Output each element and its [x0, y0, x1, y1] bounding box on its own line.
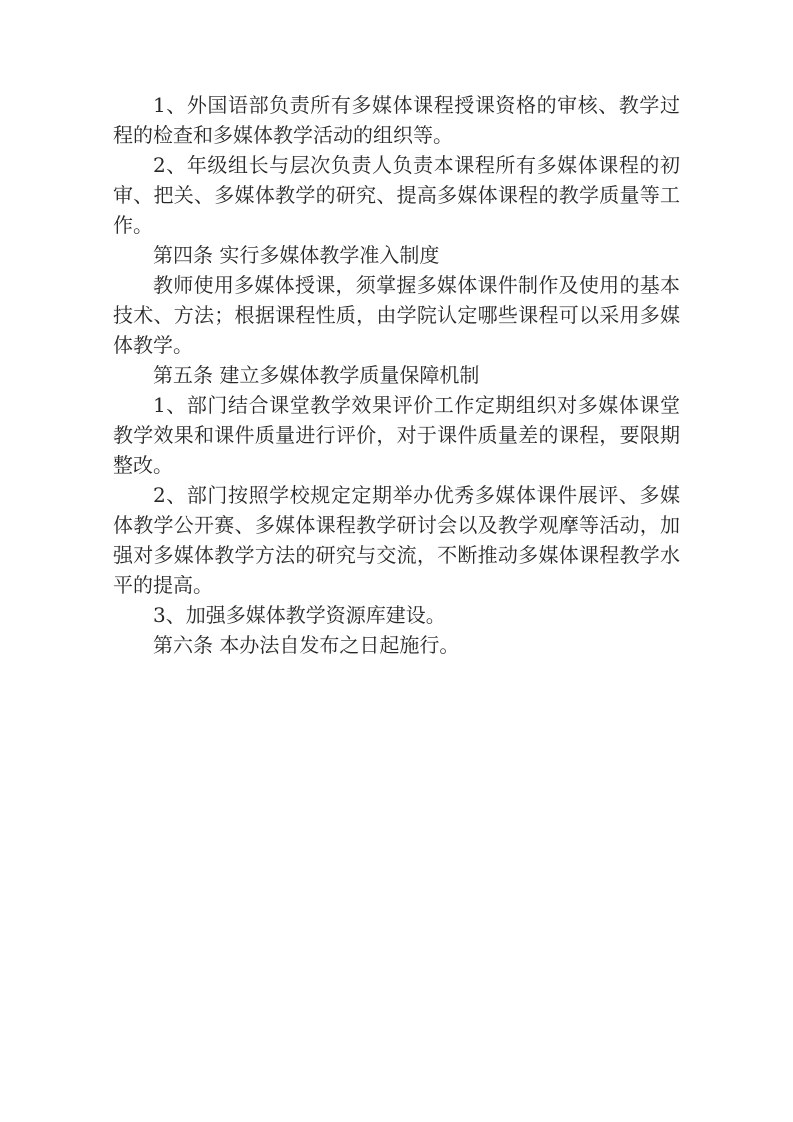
- paragraph: 2、部门按照学校规定定期举办优秀多媒体课件展评、多媒体教学公开赛、多媒体课程教学…: [113, 480, 680, 600]
- section-heading: 第六条 本办法自发布之日起施行。: [113, 630, 680, 660]
- document-body: 1、外国语部负责所有多媒体课程授课资格的审核、教学过程的检查和多媒体教学活动的组…: [113, 90, 680, 660]
- paragraph: 1、外国语部负责所有多媒体课程授课资格的审核、教学过程的检查和多媒体教学活动的组…: [113, 90, 680, 150]
- paragraph: 1、部门结合课堂教学效果评价工作定期组织对多媒体课堂教学效果和课件质量进行评价，…: [113, 390, 680, 480]
- paragraph: 教师使用多媒体授课，须掌握多媒体课件制作及使用的基本技术、方法；根据课程性质，由…: [113, 270, 680, 360]
- section-heading: 第四条 实行多媒体教学准入制度: [113, 240, 680, 270]
- paragraph: 3、加强多媒体教学资源库建设。: [113, 600, 680, 630]
- document-page: 1、外国语部负责所有多媒体课程授课资格的审核、教学过程的检查和多媒体教学活动的组…: [0, 0, 793, 1122]
- paragraph: 2、年级组长与层次负责人负责本课程所有多媒体课程的初审、把关、多媒体教学的研究、…: [113, 150, 680, 240]
- section-heading: 第五条 建立多媒体教学质量保障机制: [113, 360, 680, 390]
